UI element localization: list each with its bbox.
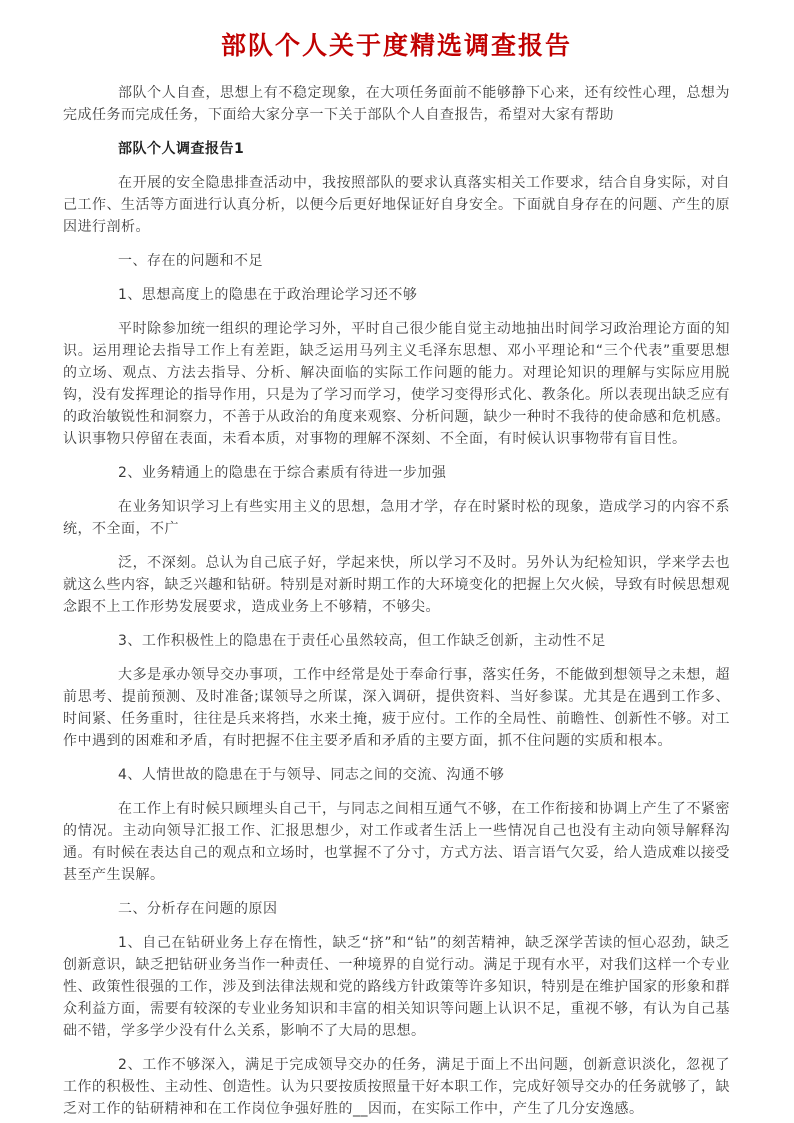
paragraph: 大多是承办领导交办事项，工作中经常是处于奉命行事，落实任务，不能做到想领导之未想…	[63, 664, 730, 752]
document-body: 部队个人自查，思想上有不稳定现象，在大项任务面前不能够静下心来，还有绞性心理，总…	[63, 82, 730, 1120]
paragraph: 在业务知识学习上有些实用主义的思想，急用才学，存在时紧时松的现象，造成学习的内容…	[63, 496, 730, 540]
paragraph: 泛，不深刻。总认为自己底子好，学起来快，所以学习不及时。另外认为纪检知识，学来学…	[63, 552, 730, 618]
document-title: 部队个人关于度精选调查报告	[63, 30, 730, 62]
item-heading-1-3: 3、工作积极性上的隐患在于责任心虽然较高，但工作缺乏创新，主动性不足	[63, 630, 730, 652]
paragraph: 1、自己在钻研业务上存在惰性，缺乏“挤”和“钻”的刻苦精神，缺乏深学苦读的恒心忍…	[63, 932, 730, 1042]
paragraph: 在开展的安全隐患排查活动中，我按照部队的要求认真落实相关工作要求，结合自身实际，…	[63, 172, 730, 238]
paragraph: 2、工作不够深入，满足于完成领导交办的任务，满足于面上不出问题，创新意识淡化，忽…	[63, 1054, 730, 1120]
paragraph: 在工作上有时候只顾埋头自己干，与同志之间相互通气不够，在工作衔接和协调上产生了不…	[63, 798, 730, 886]
item-heading-1-2: 2、业务精通上的隐患在于综合素质有待进一步加强	[63, 462, 730, 484]
section-heading-1: 一、存在的问题和不足	[63, 250, 730, 272]
document-page: 部队个人关于度精选调查报告 部队个人自查，思想上有不稳定现象，在大项任务面前不能…	[0, 0, 794, 1123]
item-heading-1-1: 1、思想高度上的隐患在于政治理论学习还不够	[63, 284, 730, 306]
item-heading-1-4: 4、人情世故的隐患在于与领导、同志之间的交流、沟通不够	[63, 764, 730, 786]
section-heading-2: 二、分析存在问题的原因	[63, 898, 730, 920]
paragraph: 平时除参加统一组织的理论学习外，平时自己很少能自觉主动地抽出时间学习政治理论方面…	[63, 318, 730, 450]
report-subtitle: 部队个人调查报告1	[63, 138, 730, 160]
paragraph-intro: 部队个人自查，思想上有不稳定现象，在大项任务面前不能够静下心来，还有绞性心理，总…	[63, 82, 730, 126]
